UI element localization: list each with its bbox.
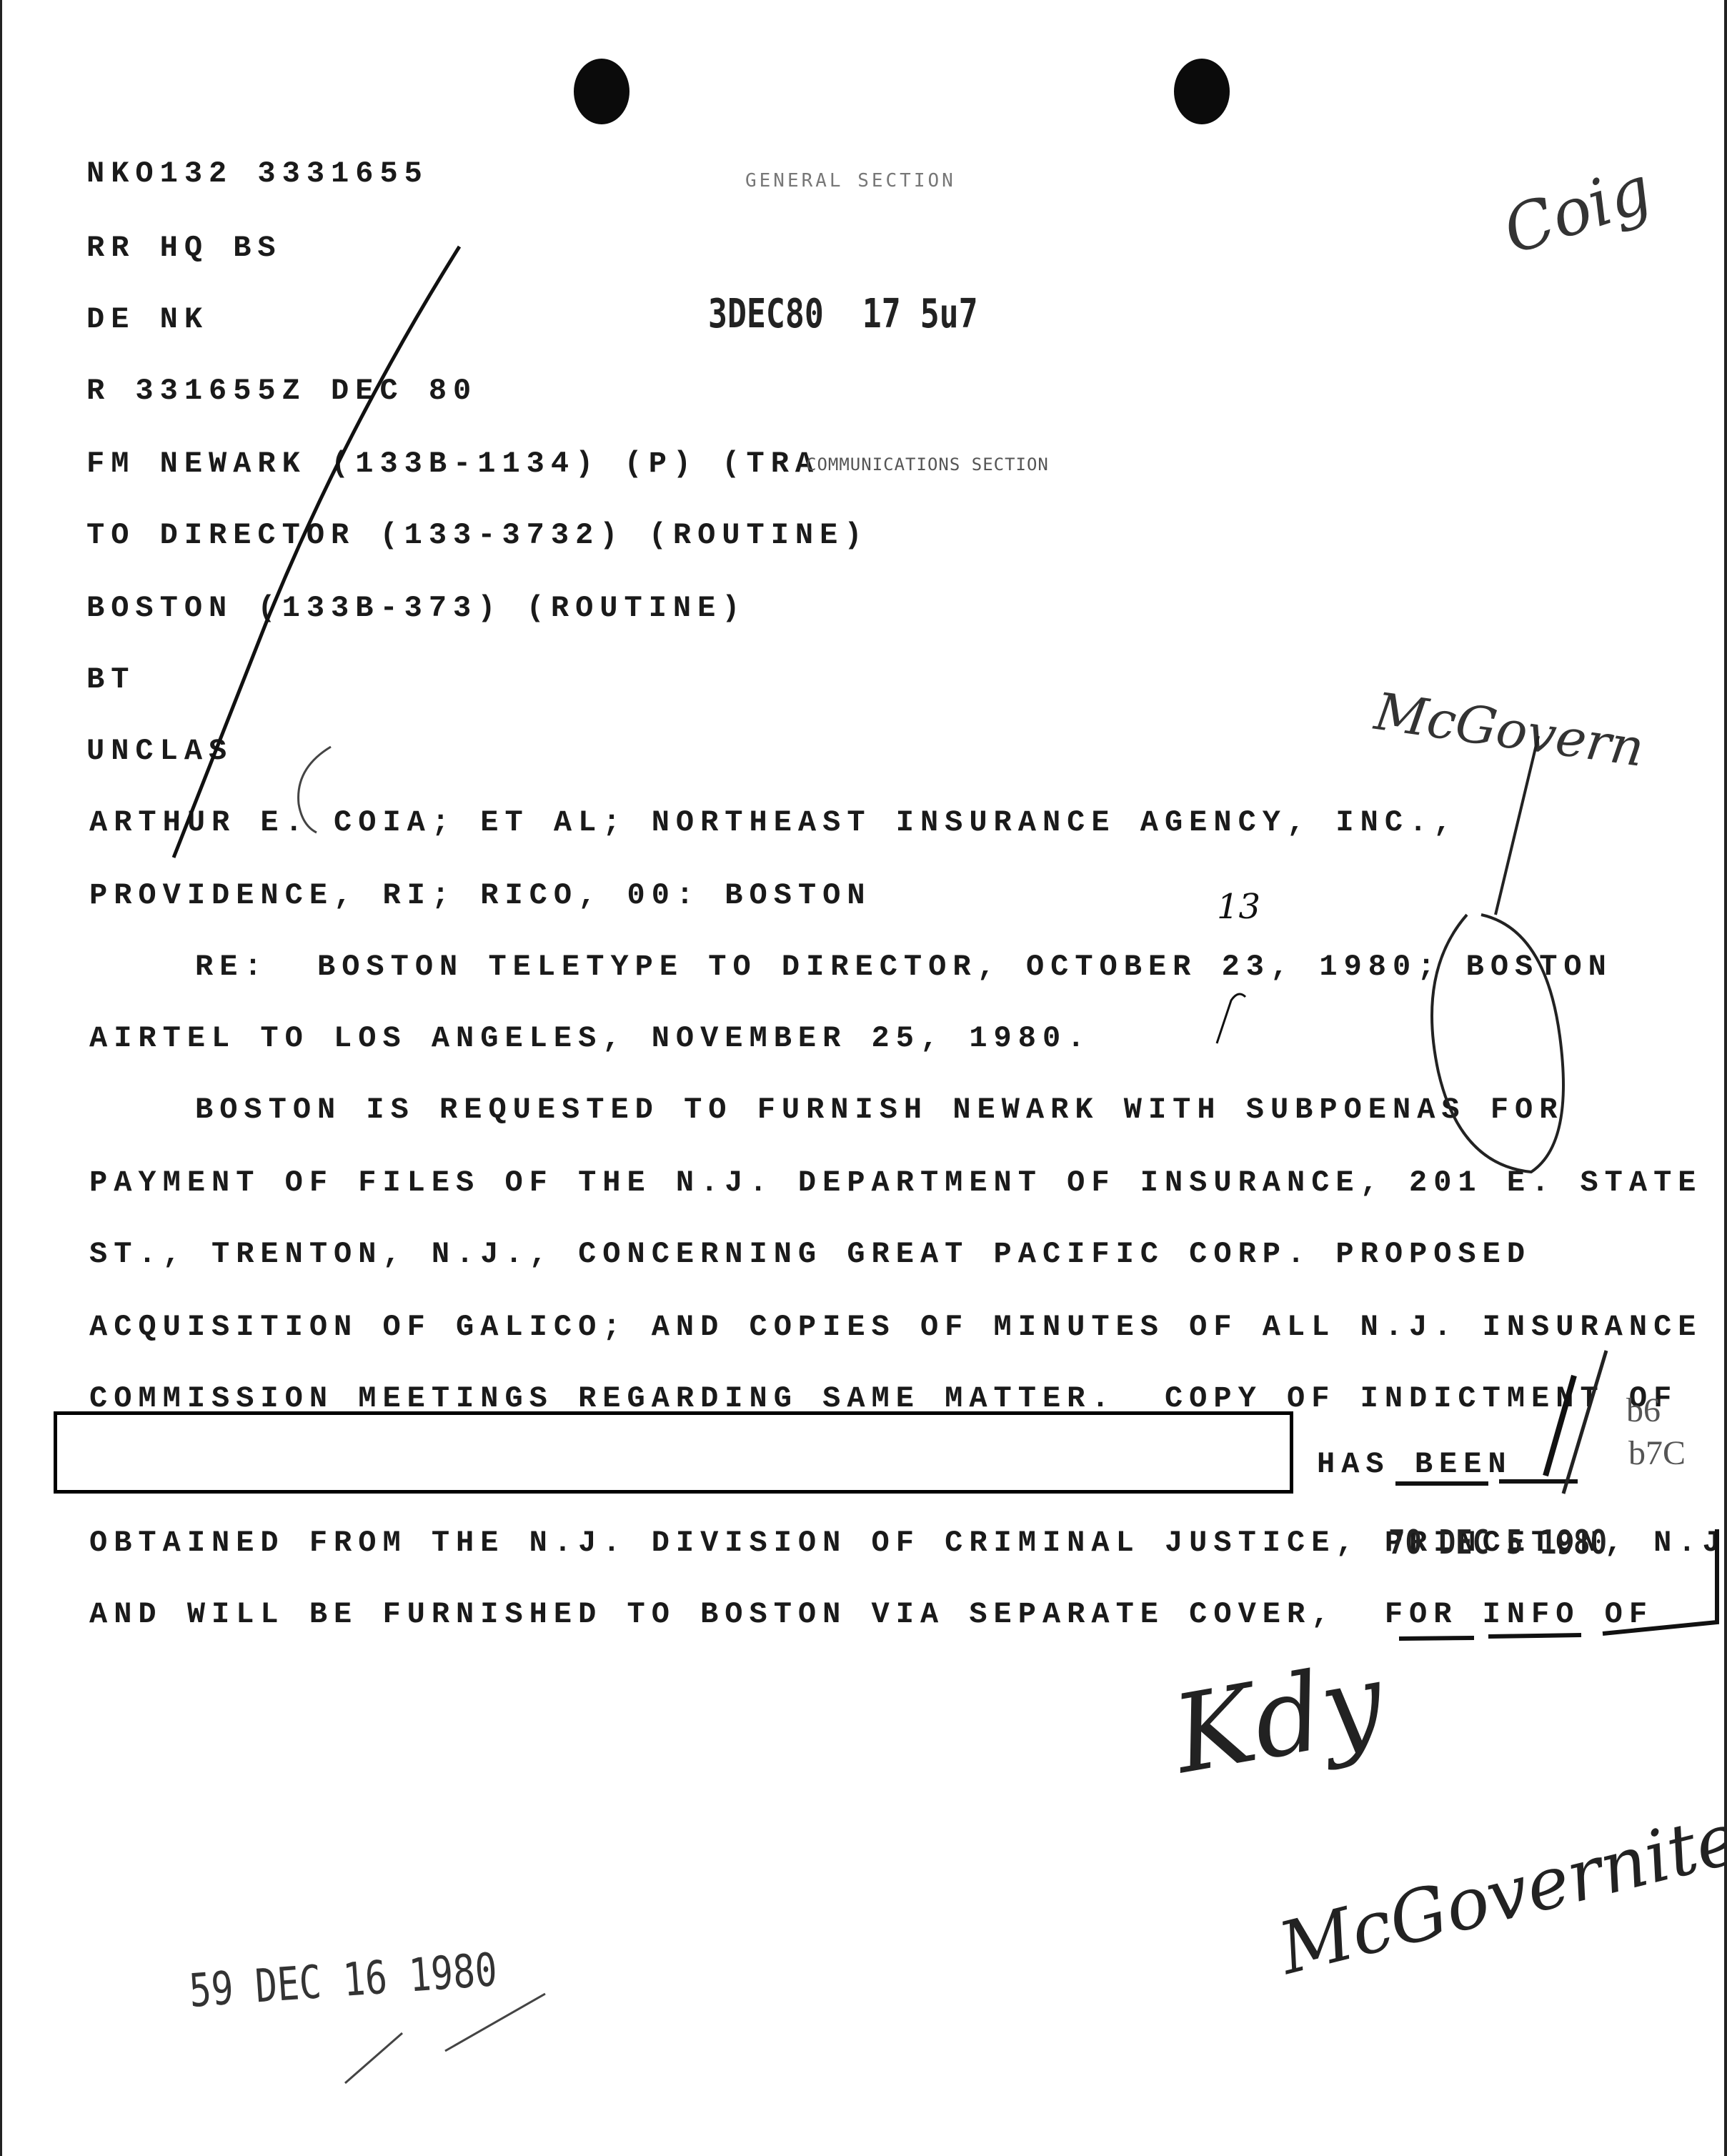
punch-hole-right bbox=[1174, 59, 1230, 124]
body-line: BOSTON IS REQUESTED TO FURNISH NEWARK WI… bbox=[195, 1095, 1563, 1125]
body-line: COMMISSION MEETINGS REGARDING SAME MATTE… bbox=[89, 1383, 1678, 1414]
body-line: ACQUISITION OF GALICO; AND COPIES OF MIN… bbox=[89, 1312, 1702, 1342]
routing-line: NKO132 3331655 bbox=[86, 159, 429, 189]
subject-line: PROVIDENCE, RI; RICO, 00: BOSTON bbox=[89, 880, 872, 910]
handwritten-name-right: McGovern bbox=[1372, 685, 1647, 774]
break-line: BT bbox=[86, 665, 135, 695]
redaction-box bbox=[54, 1411, 1293, 1494]
handwritten-top-right: Coig bbox=[1496, 157, 1658, 264]
exemption-b6: b6 bbox=[1626, 1394, 1661, 1428]
routing-line: R 331655Z DEC 80 bbox=[86, 376, 477, 406]
reference-line: RE: BOSTON TELETYPE TO DIRECTOR, OCTOBER… bbox=[195, 952, 1613, 982]
stamp-slash bbox=[345, 1994, 545, 2083]
reference-line: AIRTEL TO LOS ANGELES, NOVEMBER 25, 1980… bbox=[89, 1023, 1091, 1053]
received-time-stamp: 3DEC80 17 5u7 bbox=[708, 294, 978, 334]
comm-section-stamp: COMMUNICATIONS SECTION bbox=[806, 456, 1049, 473]
handwritten-initials: Kdy bbox=[1166, 1648, 1390, 1790]
has-been-text: HAS BEEN bbox=[1317, 1449, 1513, 1479]
routing-line: RR HQ BS bbox=[86, 233, 282, 263]
bottom-date-stamp: 59 DEC 16 1980 bbox=[188, 1947, 499, 2015]
underline-mark bbox=[1499, 1479, 1578, 1484]
routing-line: DE NK bbox=[86, 304, 209, 334]
slash-mark bbox=[1563, 1351, 1606, 1494]
classification: UNCLAS bbox=[86, 736, 233, 766]
cc-line: BOSTON (133B-373) (ROUTINE) bbox=[86, 593, 747, 623]
filed-date-stamp: 70 DEC 5 1980 bbox=[1388, 1526, 1607, 1559]
section-stamp-top: GENERAL SECTION bbox=[745, 172, 956, 190]
scribble-mark bbox=[1217, 994, 1245, 1043]
body-line: ST., TRENTON, N.J., CONCERNING GREAT PAC… bbox=[89, 1239, 1531, 1269]
body-line: PAYMENT OF FILES OF THE N.J. DEPARTMENT … bbox=[89, 1168, 1702, 1198]
handwritten-13: 13 bbox=[1217, 890, 1260, 924]
teletype-page: NKO132 3331655 RR HQ BS DE NK R 331655Z … bbox=[0, 0, 1727, 2156]
closing-line: AND WILL BE FURNISHED TO BOSTON VIA SEPA… bbox=[89, 1599, 1653, 1629]
exemption-b7c: b7C bbox=[1628, 1436, 1686, 1471]
to-line: TO DIRECTOR (133-3732) (ROUTINE) bbox=[86, 520, 869, 550]
punch-hole-left bbox=[574, 59, 629, 124]
underline-mark bbox=[1395, 1481, 1488, 1486]
subject-line: ARTHUR E. COIA; ET AL; NORTHEAST INSURAN… bbox=[89, 808, 1458, 838]
from-line: FM NEWARK (133B-1134) (P) (TRA bbox=[86, 449, 820, 479]
handwritten-bottom-right: McGovernite bbox=[1273, 1802, 1727, 1985]
